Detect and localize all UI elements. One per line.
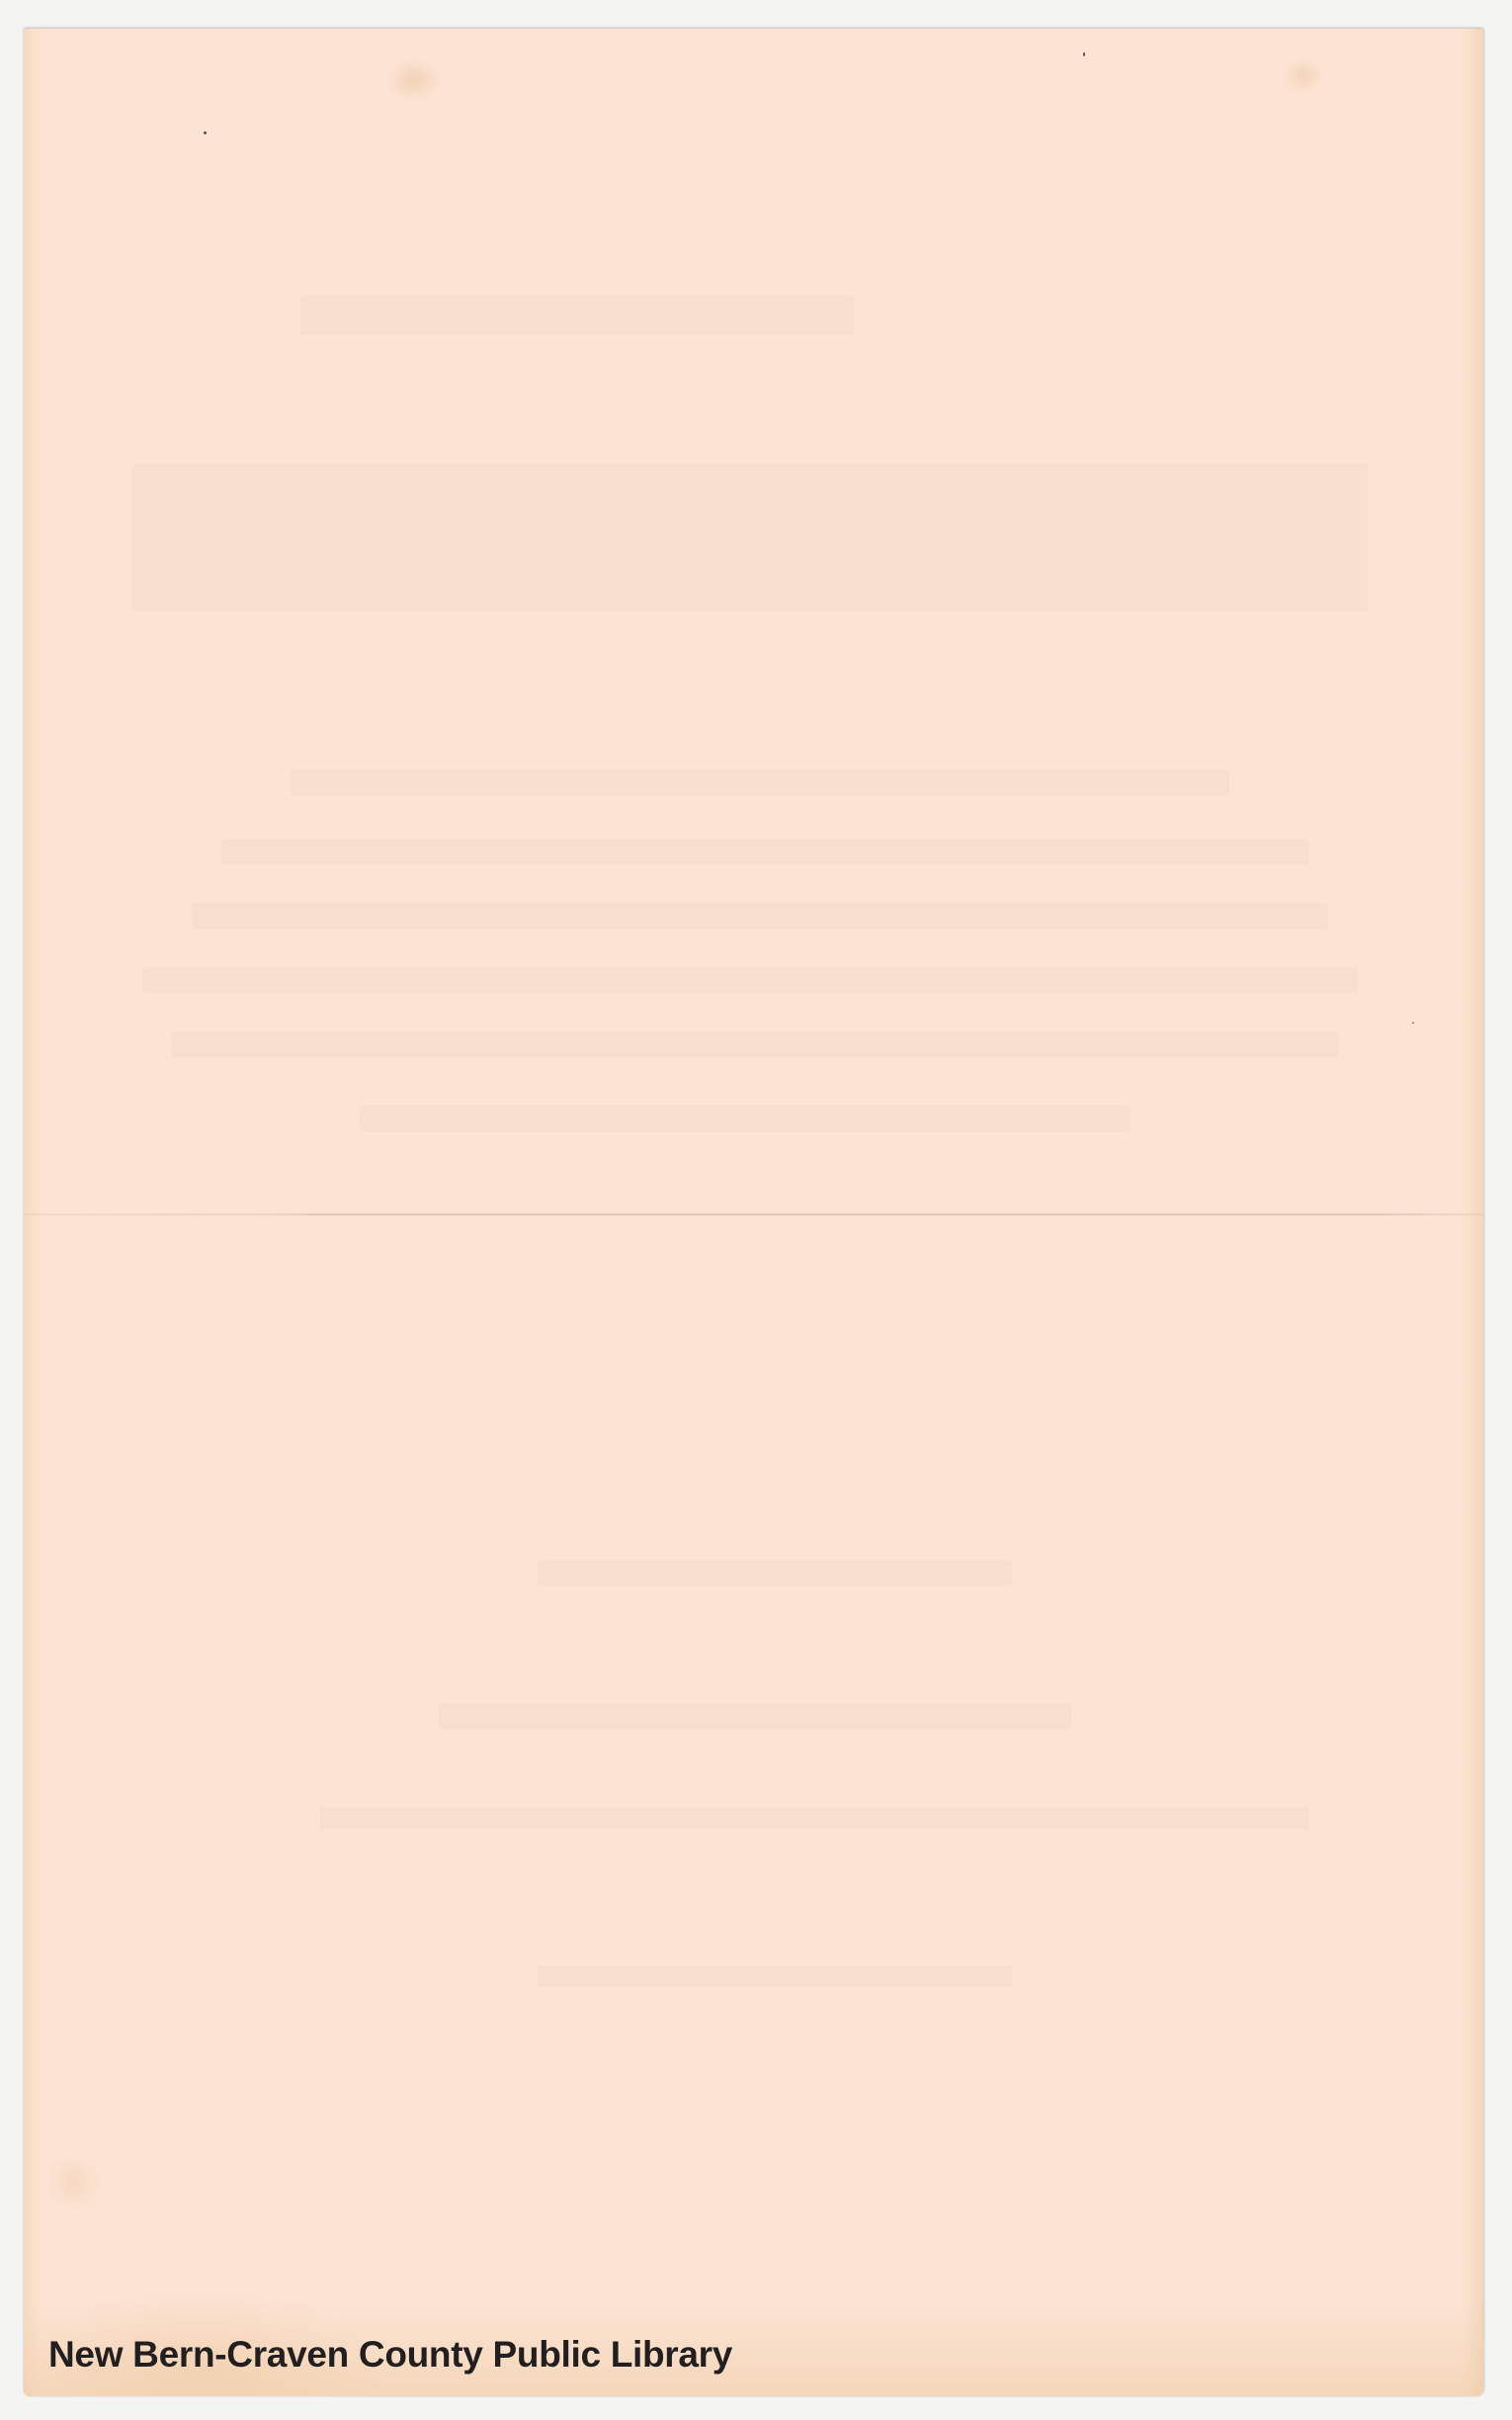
- paper-sheet: [24, 29, 1483, 2396]
- paper-speck: [1412, 1022, 1414, 1024]
- paper-speck: [204, 131, 207, 134]
- library-attribution-caption: New Bern-Craven County Public Library: [48, 2334, 732, 2376]
- bleed-through-text-ghost: [24, 29, 1483, 1412]
- paper-speck: [1083, 52, 1085, 56]
- fold-crease: [24, 1213, 1483, 1215]
